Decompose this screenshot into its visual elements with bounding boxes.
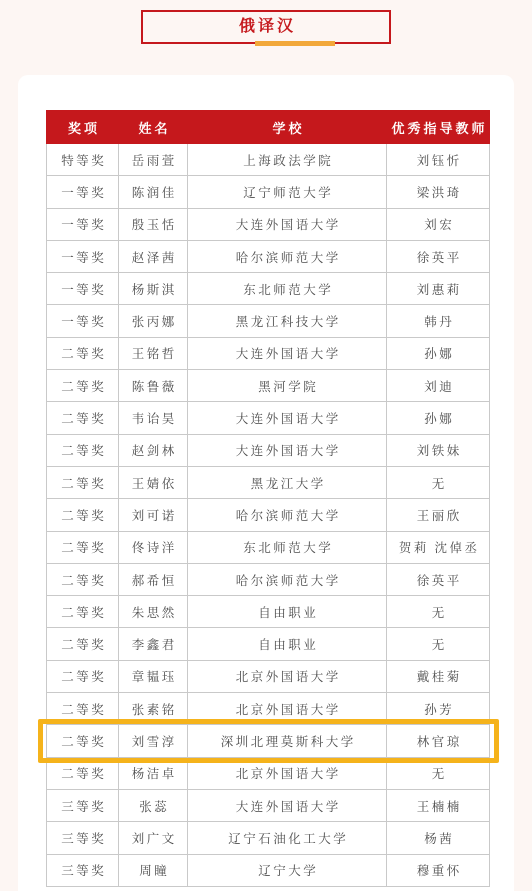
category-badge-label: 俄译汉: [236, 19, 296, 35]
table-row: 二等奖王铭哲大连外国语大学孙娜: [47, 337, 490, 369]
table-cell: 无: [387, 466, 490, 498]
table-cell: 二等奖: [47, 563, 119, 595]
table-cell: 张蕊: [119, 789, 188, 821]
table-row: 二等奖张素铭北京外国语大学孙芳: [47, 693, 490, 725]
table-cell: 韦诒昊: [119, 402, 188, 434]
table-cell: 岳雨萱: [119, 144, 188, 176]
table-cell: 孙芳: [387, 693, 490, 725]
page: 俄译汉 奖项姓名学校优秀指导教师 特等奖岳雨萱上海政法学院刘钰忻一等奖陈润佳辽宁…: [0, 0, 532, 891]
table-cell: 三等奖: [47, 789, 119, 821]
table-cell: 自由职业: [188, 596, 387, 628]
table-cell: 黑龙江科技大学: [188, 305, 387, 337]
table-cell: 梁洪琦: [387, 176, 490, 208]
table-cell: 东北师范大学: [188, 273, 387, 305]
table-cell: 张素铭: [119, 693, 188, 725]
table-cell: 黑龙江大学: [188, 466, 387, 498]
table-cell: 王楠楠: [387, 789, 490, 821]
table-row: 二等奖刘可诺哈尔滨师范大学王丽欣: [47, 499, 490, 531]
table-cell: 二等奖: [47, 402, 119, 434]
table-row: 三等奖刘广文辽宁石油化工大学杨茜: [47, 822, 490, 854]
table-cell: 林官琼: [387, 725, 490, 757]
table-cell: 贺莉 沈倬丞: [387, 531, 490, 563]
table-cell: 王铭哲: [119, 337, 188, 369]
table-cell: 二等奖: [47, 725, 119, 757]
table-cell: 一等奖: [47, 176, 119, 208]
table-cell: 黑河学院: [188, 370, 387, 402]
table-cell: 辽宁师范大学: [188, 176, 387, 208]
table-cell: 李鑫君: [119, 628, 188, 660]
table-cell: 孙娜: [387, 337, 490, 369]
table-cell: 陈润佳: [119, 176, 188, 208]
table-row: 二等奖郝希恒哈尔滨师范大学徐英平: [47, 563, 490, 595]
table-row: 一等奖张丙娜黑龙江科技大学韩丹: [47, 305, 490, 337]
table-cell: 大连外国语大学: [188, 789, 387, 821]
table-row: 二等奖李鑫君自由职业无: [47, 628, 490, 660]
table-header-cell: 姓名: [119, 111, 188, 144]
table-row: 二等奖赵剑林大连外国语大学刘铁妹: [47, 434, 490, 466]
table-cell: 徐英平: [387, 240, 490, 272]
table-cell: 王婧依: [119, 466, 188, 498]
table-row: 二等奖王婧依黑龙江大学无: [47, 466, 490, 498]
table-cell: 特等奖: [47, 144, 119, 176]
table-cell: 一等奖: [47, 208, 119, 240]
awards-table: 奖项姓名学校优秀指导教师 特等奖岳雨萱上海政法学院刘钰忻一等奖陈润佳辽宁师范大学…: [46, 110, 490, 887]
table-cell: 一等奖: [47, 273, 119, 305]
table-cell: 刘惠莉: [387, 273, 490, 305]
table-cell: 周瞳: [119, 854, 188, 886]
table-cell: 二等奖: [47, 693, 119, 725]
table-row: 二等奖陈鲁薇黑河学院刘迪: [47, 370, 490, 402]
table-cell: 北京外国语大学: [188, 757, 387, 789]
content-card: 奖项姓名学校优秀指导教师 特等奖岳雨萱上海政法学院刘钰忻一等奖陈润佳辽宁师范大学…: [18, 75, 514, 891]
table-body: 特等奖岳雨萱上海政法学院刘钰忻一等奖陈润佳辽宁师范大学梁洪琦一等奖殷玉恬大连外国…: [47, 144, 490, 887]
table-cell: 哈尔滨师范大学: [188, 240, 387, 272]
table-cell: 杨斯淇: [119, 273, 188, 305]
table-cell: 殷玉恬: [119, 208, 188, 240]
table-row: 二等奖章韫珏北京外国语大学戴桂菊: [47, 660, 490, 692]
table-row: 二等奖佟诗洋东北师范大学贺莉 沈倬丞: [47, 531, 490, 563]
table-cell: 徐英平: [387, 563, 490, 595]
table-cell: 无: [387, 757, 490, 789]
category-badge: 俄译汉: [141, 10, 391, 44]
table-cell: 哈尔滨师范大学: [188, 499, 387, 531]
table-cell: 戴桂菊: [387, 660, 490, 692]
table-row: 一等奖殷玉恬大连外国语大学刘宏: [47, 208, 490, 240]
table-cell: 大连外国语大学: [188, 337, 387, 369]
table-cell: 刘广文: [119, 822, 188, 854]
table-header-cell: 学校: [188, 111, 387, 144]
table-cell: 大连外国语大学: [188, 208, 387, 240]
table-cell: 无: [387, 596, 490, 628]
table-row: 一等奖陈润佳辽宁师范大学梁洪琦: [47, 176, 490, 208]
table-cell: 穆重怀: [387, 854, 490, 886]
table-row: 二等奖朱思然自由职业无: [47, 596, 490, 628]
table-header-cell: 优秀指导教师: [387, 111, 490, 144]
table-cell: 刘钰忻: [387, 144, 490, 176]
table-cell: 大连外国语大学: [188, 402, 387, 434]
table-cell: 刘宏: [387, 208, 490, 240]
table-cell: 北京外国语大学: [188, 660, 387, 692]
table-cell: 朱思然: [119, 596, 188, 628]
table-row: 一等奖赵泽茜哈尔滨师范大学徐英平: [47, 240, 490, 272]
table-cell: 辽宁大学: [188, 854, 387, 886]
table-cell: 三等奖: [47, 822, 119, 854]
table-header-cell: 奖项: [47, 111, 119, 144]
table-row: 三等奖周瞳辽宁大学穆重怀: [47, 854, 490, 886]
table-cell: 上海政法学院: [188, 144, 387, 176]
table-cell: 杨洁卓: [119, 757, 188, 789]
table-cell: 刘铁妹: [387, 434, 490, 466]
table-cell: 章韫珏: [119, 660, 188, 692]
table-header-row: 奖项姓名学校优秀指导教师: [47, 111, 490, 144]
table-cell: 哈尔滨师范大学: [188, 563, 387, 595]
table-cell: 刘雪淳: [119, 725, 188, 757]
table-cell: 陈鲁薇: [119, 370, 188, 402]
table-cell: 刘可诺: [119, 499, 188, 531]
table-row: 三等奖张蕊大连外国语大学王楠楠: [47, 789, 490, 821]
table-row: 特等奖岳雨萱上海政法学院刘钰忻: [47, 144, 490, 176]
table-cell: 东北师范大学: [188, 531, 387, 563]
table-cell: 孙娜: [387, 402, 490, 434]
table-cell: 张丙娜: [119, 305, 188, 337]
table-cell: 二等奖: [47, 531, 119, 563]
table-cell: 二等奖: [47, 628, 119, 660]
table-row: 一等奖杨斯淇东北师范大学刘惠莉: [47, 273, 490, 305]
table-cell: 深圳北理莫斯科大学: [188, 725, 387, 757]
table-cell: 二等奖: [47, 337, 119, 369]
table-cell: 二等奖: [47, 757, 119, 789]
table-cell: 赵泽茜: [119, 240, 188, 272]
table-cell: 赵剑林: [119, 434, 188, 466]
table-cell: 三等奖: [47, 854, 119, 886]
table-cell: 王丽欣: [387, 499, 490, 531]
table-cell: 无: [387, 628, 490, 660]
table-cell: 二等奖: [47, 596, 119, 628]
table-cell: 杨茜: [387, 822, 490, 854]
table-cell: 韩丹: [387, 305, 490, 337]
table-cell: 大连外国语大学: [188, 434, 387, 466]
table-cell: 辽宁石油化工大学: [188, 822, 387, 854]
table-cell: 北京外国语大学: [188, 693, 387, 725]
table-cell: 二等奖: [47, 466, 119, 498]
table-cell: 二等奖: [47, 660, 119, 692]
table-cell: 刘迪: [387, 370, 490, 402]
table-row: 二等奖杨洁卓北京外国语大学无: [47, 757, 490, 789]
table-cell: 二等奖: [47, 370, 119, 402]
badge-underline-decoration: [255, 41, 335, 46]
table-cell: 一等奖: [47, 240, 119, 272]
table-row: 二等奖刘雪淳深圳北理莫斯科大学林官琼: [47, 725, 490, 757]
table-cell: 自由职业: [188, 628, 387, 660]
table-row: 二等奖韦诒昊大连外国语大学孙娜: [47, 402, 490, 434]
table-cell: 佟诗洋: [119, 531, 188, 563]
table-cell: 二等奖: [47, 434, 119, 466]
table-cell: 一等奖: [47, 305, 119, 337]
awards-table-wrapper: 奖项姓名学校优秀指导教师 特等奖岳雨萱上海政法学院刘钰忻一等奖陈润佳辽宁师范大学…: [46, 110, 490, 887]
table-cell: 二等奖: [47, 499, 119, 531]
table-cell: 郝希恒: [119, 563, 188, 595]
